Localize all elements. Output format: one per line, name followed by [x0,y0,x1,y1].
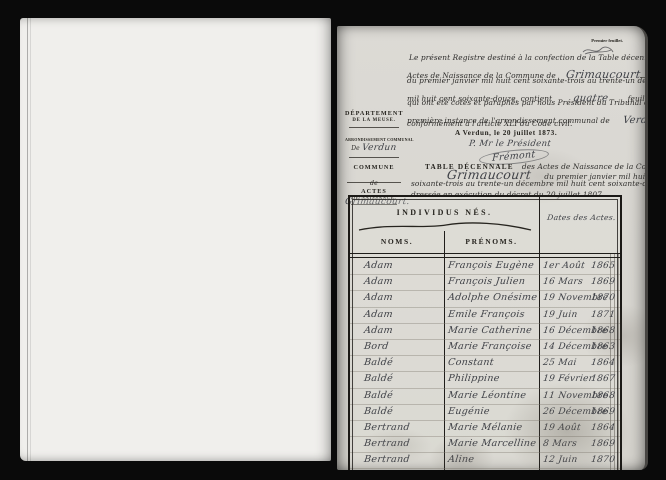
cell-prenoms: Eugénie [447,405,541,419]
cell-nom: Bertrand [363,453,443,467]
dateline: A Verdun, le 20 juillet 1873. [455,129,557,137]
arrondissement-label: ARRONDISSEMENT COMMUNAL [345,137,403,142]
signature-line: P. Mr le Président [468,139,551,149]
title-line3: soixante-trois au trente-un décembre mil… [411,179,648,188]
table-row: BertrandAline12 Juin1870 [350,453,620,469]
commune-prefix: de [370,179,378,187]
cell-nom: Adam [363,324,443,338]
cell-nom: Baldé [363,389,443,403]
header-rule-2 [350,257,620,258]
brace-decoration-icon [356,221,534,233]
table-row: BlanchardFélicie5 Septembre1871 [350,469,620,470]
cell-prenoms: Constant [447,356,541,370]
departement-label: DÉPARTEMENT [345,110,403,117]
cell-annee: 1870 [590,291,624,305]
cell-prenoms: François Eugène [447,259,541,273]
cell-jour: 19 Août [542,421,592,435]
cell-prenoms: Marie Marcelline [447,437,541,451]
cell-annee: 1869 [590,405,624,419]
table-row: BaldéMarie Léontine11 Novembre1868 [350,389,620,405]
arrondissement-prefix: De [351,145,360,152]
cell-prenoms: Emile François [447,308,541,322]
cell-prenoms: Philippine [447,372,541,386]
left-page [20,18,331,461]
preamble-line5: qui ont été cotés et paraphés par nous P… [407,98,648,107]
table-row: AdamAdolphe Onésime19 Novembre1870 [350,291,620,307]
table-row: BertrandMarie Mélanie19 Août1864 [350,421,620,437]
cell-annee: 1868 [590,389,624,403]
cell-jour: 5 Septembre [542,469,592,470]
table-row: BaldéConstant25 Mai1864 [350,356,620,372]
arrondissement-line: De Verdun [345,143,403,153]
cell-nom: Baldé [363,372,443,386]
table-row: BordMarie Françoise14 Décembre1863 [350,340,620,356]
cell-jour: 1er Août [542,259,592,273]
header-rule [350,253,620,254]
cell-annee: 1867 [590,372,624,386]
group-header: INDIVIDUS NÉS. [350,208,539,217]
prenoms-column-header: PRÉNOMS. [444,237,539,246]
arrondissement-handwritten: Verdun [622,115,648,126]
cell-annee: 1868 [590,324,624,338]
cell-jour: 8 Mars [542,437,592,451]
cell-nom: Adam [363,259,443,273]
cell-prenoms: Marie Mélanie [447,421,541,435]
cell-jour: 16 Décembre [542,324,592,338]
cell-nom: Baldé [363,356,443,370]
cell-annee: 1864 [590,356,624,370]
margin-rule [349,127,399,128]
right-page: Premier feuillet. DÉPARTEMENT DE LA MEUS… [337,26,648,470]
cell-jour: 26 Décembre [542,405,592,419]
cell-annee: 1871 [590,469,624,470]
cell-nom: Bertrand [363,437,443,451]
table-row: BaldéEugénie26 Décembre1869 [350,405,620,421]
dates-column-header: Dates des Actes. [538,213,624,222]
cell-annee: 1869 [590,275,624,289]
table-row: BaldéPhilippine19 Février1867 [350,372,620,388]
departement-value: DE LA MEUSE. [345,118,403,123]
cell-annee: 1869 [590,437,624,451]
cell-annee: 1865 [590,259,624,273]
arrondissement-value: Verdun [362,143,398,153]
preamble-line3: du premier janvier mil huit cent soixant… [407,76,648,85]
page-fold-line-2 [30,18,31,461]
cell-prenoms: François Julien [447,275,541,289]
cell-nom: Adam [363,308,443,322]
margin-rule [347,182,401,183]
cell-prenoms: Adolphe Onésime [447,291,541,305]
cell-nom: Adam [363,291,443,305]
page-fold-line [27,18,28,461]
births-table: INDIVIDUS NÉS. Dates des Actes. NOMS. PR… [348,195,622,470]
cell-jour: 25 Mai [542,356,592,370]
actes-label: ACTES [345,188,403,195]
margin-rule [349,157,399,158]
cell-prenoms: Marie Catherine [447,324,541,338]
cell-jour: 16 Mars [542,275,592,289]
cell-nom: Blanchard [363,469,443,470]
cell-nom: Bord [363,340,443,354]
cell-jour: 19 Novembre [542,291,592,305]
cell-annee: 1871 [590,308,624,322]
cell-jour: 12 Juin [542,453,592,467]
table-rows: AdamFrançois Eugène1er Août1865AdamFranç… [350,259,620,470]
preamble-line7: conformément à l'article XLI du Code civ… [407,119,572,128]
corner-note: Premier feuillet. [591,38,623,43]
table-row: AdamFrançois Julien16 Mars1869 [350,275,620,291]
table-row: AdamFrançois Eugène1er Août1865 [350,259,620,275]
registry-scan: Premier feuillet. DÉPARTEMENT DE LA MEUS… [0,0,666,480]
cell-nom: Baldé [363,405,443,419]
cell-annee: 1863 [590,340,624,354]
cell-prenoms: Marie Léontine [447,389,541,403]
preamble-line1: Le présent Registre destiné à la confect… [409,53,648,62]
cell-annee: 1864 [590,421,624,435]
cell-jour: 14 Décembre [542,340,592,354]
cell-prenoms: Aline [447,453,541,467]
cell-jour: 11 Novembre [542,389,592,403]
table-row: AdamMarie Catherine16 Décembre1868 [350,324,620,340]
table-row: BertrandMarie Marcelline8 Mars1869 [350,437,620,453]
cell-jour: 19 Février [542,372,592,386]
cell-nom: Adam [363,275,443,289]
cell-nom: Bertrand [363,421,443,435]
table-row: AdamEmile François19 Juin1871 [350,308,620,324]
noms-column-header: NOMS. [350,237,444,246]
cell-prenoms: Marie Françoise [447,340,541,354]
cell-prenoms: Félicie [447,469,541,470]
cell-annee: 1870 [590,453,624,467]
cell-jour: 19 Juin [542,308,592,322]
